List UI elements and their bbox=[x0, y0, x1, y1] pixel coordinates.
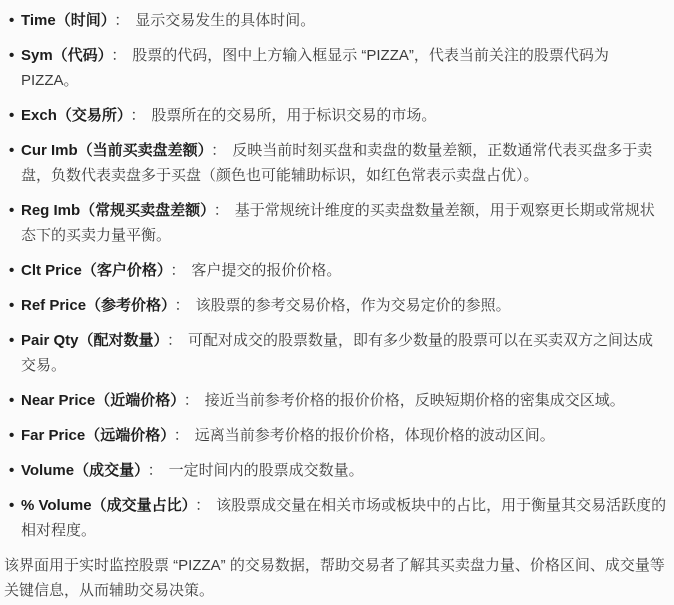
term-description: 客户提交的报价价格。 bbox=[191, 262, 341, 279]
term-label: Volume（成交量） bbox=[21, 462, 142, 479]
glossary-item: Reg Imb（常规买卖盘差额）：基于常规统计维度的买卖盘数量差额，用于观察更长… bbox=[21, 198, 668, 248]
term-label: Sym（代码） bbox=[21, 47, 105, 64]
glossary-item: Ref Price（参考价格）：该股票的参考交易价格，作为交易定价的参照。 bbox=[21, 293, 668, 318]
term-label: Reg Imb（常规买卖盘差额） bbox=[21, 202, 208, 219]
glossary-item: Exch（交易所）：股票所在的交易所，用于标识交易的市场。 bbox=[21, 103, 668, 128]
term-description: 该股票的参考交易价格，作为交易定价的参照。 bbox=[196, 297, 511, 314]
term-label: Cur Imb（当前买卖盘差额） bbox=[21, 142, 205, 159]
term-label: Exch（交易所） bbox=[21, 107, 124, 124]
term-description: 远离当前参考价格的报价价格，体现价格的波动区间。 bbox=[195, 427, 555, 444]
separator: ： bbox=[124, 107, 151, 124]
separator: ： bbox=[164, 262, 191, 279]
term-label: % Volume（成交量占比） bbox=[21, 497, 189, 514]
glossary-item: Volume（成交量）：一定时间内的股票成交数量。 bbox=[21, 458, 668, 483]
glossary-item: Cur Imb（当前买卖盘差额）：反映当前时刻买盘和卖盘的数量差额，正数通常代表… bbox=[21, 138, 668, 188]
separator: ： bbox=[161, 332, 188, 349]
glossary-item: % Volume（成交量占比）：该股票成交量在相关市场或板块中的占比，用于衡量其… bbox=[21, 493, 668, 543]
glossary-item: Time（时间）：显示交易发生的具体时间。 bbox=[21, 8, 668, 33]
glossary-list: Time（时间）：显示交易发生的具体时间。Sym（代码）：股票的代码，图中上方输… bbox=[4, 8, 668, 543]
separator: ： bbox=[142, 462, 169, 479]
separator: ： bbox=[105, 47, 132, 64]
separator: ： bbox=[208, 202, 235, 219]
term-label: Pair Qty（配对数量） bbox=[21, 332, 161, 349]
separator: ： bbox=[168, 427, 195, 444]
glossary-item: Near Price（近端价格）：接近当前参考价格的报价价格，反映短期价格的密集… bbox=[21, 388, 668, 413]
separator: ： bbox=[169, 297, 196, 314]
glossary-item: Clt Price（客户价格）：客户提交的报价价格。 bbox=[21, 258, 668, 283]
separator: ： bbox=[189, 497, 216, 514]
glossary-item: Sym（代码）：股票的代码，图中上方输入框显示 “PIZZA”，代表当前关注的股… bbox=[21, 43, 668, 93]
term-description: 接近当前参考价格的报价价格，反映短期价格的密集成交区域。 bbox=[205, 392, 625, 409]
glossary-page: Time（时间）：显示交易发生的具体时间。Sym（代码）：股票的代码，图中上方输… bbox=[0, 0, 674, 603]
term-label: Time（时间） bbox=[21, 12, 108, 29]
separator: ： bbox=[178, 392, 205, 409]
glossary-item: Pair Qty（配对数量）：可配对成交的股票数量，即有多少数量的股票可以在买卖… bbox=[21, 328, 668, 378]
term-label: Clt Price（客户价格） bbox=[21, 262, 164, 279]
term-label: Ref Price（参考价格） bbox=[21, 297, 169, 314]
term-label: Far Price（远端价格） bbox=[21, 427, 168, 444]
term-label: Near Price（近端价格） bbox=[21, 392, 178, 409]
term-description: 股票所在的交易所，用于标识交易的市场。 bbox=[151, 107, 436, 124]
separator: ： bbox=[108, 12, 135, 29]
summary-paragraph: 该界面用于实时监控股票 “PIZZA” 的交易数据，帮助交易者了解其买卖盘力量、… bbox=[4, 553, 668, 603]
separator: ： bbox=[205, 142, 232, 159]
term-description: 显示交易发生的具体时间。 bbox=[135, 12, 315, 29]
term-description: 一定时间内的股票成交数量。 bbox=[169, 462, 364, 479]
glossary-item: Far Price（远端价格）：远离当前参考价格的报价价格，体现价格的波动区间。 bbox=[21, 423, 668, 448]
